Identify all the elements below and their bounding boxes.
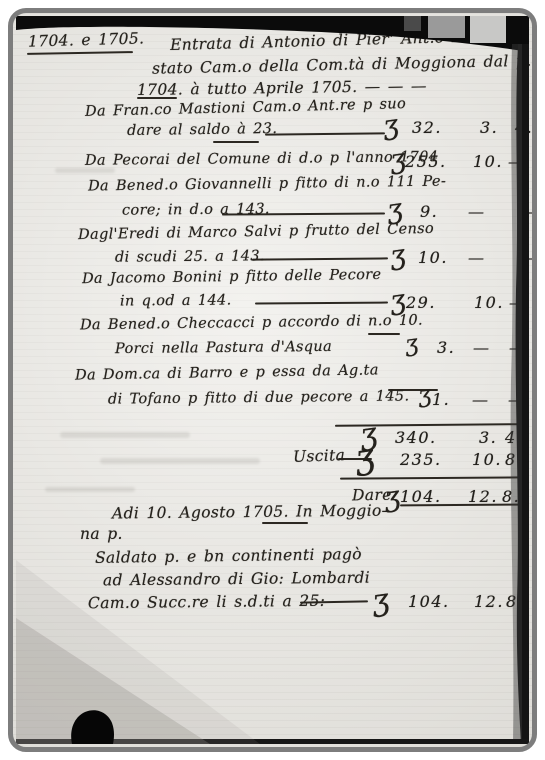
amount-denari: 8.: [502, 487, 520, 506]
ink-rule: [262, 522, 308, 524]
title-line-2: stato Cam.o della Com.tà di Moggiona dal…: [152, 50, 532, 77]
amount-denari: 8.: [506, 592, 524, 611]
entry-5-line-1: Da Jacomo Bonini p fitto delle Pecore: [82, 267, 382, 287]
corner-shadow: [16, 618, 210, 744]
entry-4-line-2: di scudi 25. a 143.: [115, 248, 265, 265]
amount-soldi: 12.: [468, 487, 498, 506]
amount-soldi: —: [468, 248, 486, 267]
amount-soldi: 3.: [479, 428, 497, 447]
brace-flourish: ʒ: [382, 482, 402, 512]
amount-soldi: 10.: [473, 152, 503, 171]
entry-5-line-2: in q.od a 144.: [120, 293, 232, 310]
amount-soldi: 10.: [472, 450, 502, 469]
brace-flourish: ʒ: [381, 111, 400, 140]
amount-lire: 32.: [412, 118, 442, 137]
amount-denari: —: [508, 390, 526, 409]
brace-flourish: ʒ: [388, 286, 407, 315]
amount-denari: —: [523, 202, 532, 221]
title-line-1: Entrata di Antonio di Pier' Ant.o Lombar…: [170, 26, 531, 54]
settlement-line-2: ad Alessandro di Gio: Lombardi: [103, 569, 370, 590]
entry-7-line-2: di Tofano p fitto di due pecore a 145.: [108, 388, 410, 407]
amount-lire: 104.: [408, 592, 450, 611]
amount-soldi: 12.: [474, 592, 504, 611]
entry-2-line-1: Da Pecorai del Comune di d.o p l'anno 17…: [85, 149, 438, 169]
ink-bleed-mark: [60, 432, 190, 438]
brace-flourish: ʒ: [388, 241, 407, 270]
entry-7-line-1: Da Dom.ca di Barro e p essa da Ag.ta: [75, 362, 379, 383]
entry-1-line-2: dare al saldo à 23.: [127, 121, 277, 139]
brace-flourish: ʒ: [416, 383, 432, 408]
amount-lire: 3.: [437, 338, 455, 357]
ink-rule: [213, 141, 259, 143]
brace-flourish: ʒ: [385, 195, 404, 224]
amount-denari: 4.: [505, 428, 523, 447]
manuscript-scan-page: 1704. e 1705. Entrata di Antonio di Pier…: [0, 0, 545, 760]
entry-3-line-2: core; in d.o a 143.: [122, 201, 270, 218]
amount-soldi: —: [472, 390, 490, 409]
amount-denari: —: [508, 152, 526, 171]
amount-lire: 104.: [400, 487, 442, 506]
settlement-line-3: Cam.o Succ.re li s.d.ti a 25:: [88, 592, 326, 612]
entry-6-line-1: Da Bened.o Checcacci p accordo di n.o 10…: [80, 313, 423, 334]
amount-denari: —: [509, 293, 527, 312]
amount-denari: —: [521, 248, 532, 267]
amount-lire: 340.: [395, 428, 437, 447]
brace-flourish: ʒ: [370, 585, 391, 617]
closing-date-line-2: na p.: [80, 525, 123, 543]
ink-bleed-mark: [100, 458, 260, 464]
entry-3-line-1: Da Bened.o Giovannelli p fitto di n.o 11…: [88, 174, 446, 195]
amount-soldi: —: [468, 202, 486, 221]
ink-rule: [368, 333, 400, 335]
amount-lire: 1.: [432, 390, 450, 409]
ink-rule: [265, 132, 385, 135]
ink-rule: [255, 302, 388, 305]
amount-denari: —: [509, 338, 527, 357]
closing-date-line: Adi 10. Agosto 1705. In Moggio-: [112, 502, 387, 523]
amount-denari: 8.: [505, 450, 523, 469]
entry-4-line-1: Dagl'Eredi di Marco Salvi p frutto del C…: [78, 221, 434, 243]
brace-flourish: ʒ: [403, 332, 419, 357]
ink-bleed-mark: [45, 487, 135, 492]
ink-blot: [71, 710, 114, 744]
amount-lire: 235.: [400, 450, 442, 469]
amount-soldi: 10.: [474, 293, 504, 312]
amount-lire: 29.: [406, 293, 436, 312]
sheet-content: 1704. e 1705. Entrata di Antonio di Pier…: [13, 13, 532, 747]
entry-6-line-2: Porci nella Pastura d'Asqua: [115, 339, 332, 357]
ink-rule: [252, 257, 388, 260]
paper-background: 1704. e 1705. Entrata di Antonio di Pier…: [13, 13, 532, 747]
uscita-label: Uscita: [293, 446, 346, 466]
ink-rule: [27, 51, 133, 54]
scan-bottom-edge: [16, 739, 529, 744]
amount-soldi: —: [473, 338, 491, 357]
year-heading: 1704. e 1705.: [28, 29, 145, 50]
amount-lire: 10.: [418, 248, 448, 267]
amount-lire: 255.: [405, 152, 447, 171]
amount-denari: 4.: [515, 118, 532, 137]
settlement-line-1: Saldato p. e bn continenti pagò: [95, 545, 362, 567]
amount-soldi: 3.: [480, 118, 498, 137]
amount-lire: 9.: [420, 202, 438, 221]
entry-1-line-1: Da Fran.co Mastioni Cam.o Ant.re p suo: [85, 96, 406, 120]
